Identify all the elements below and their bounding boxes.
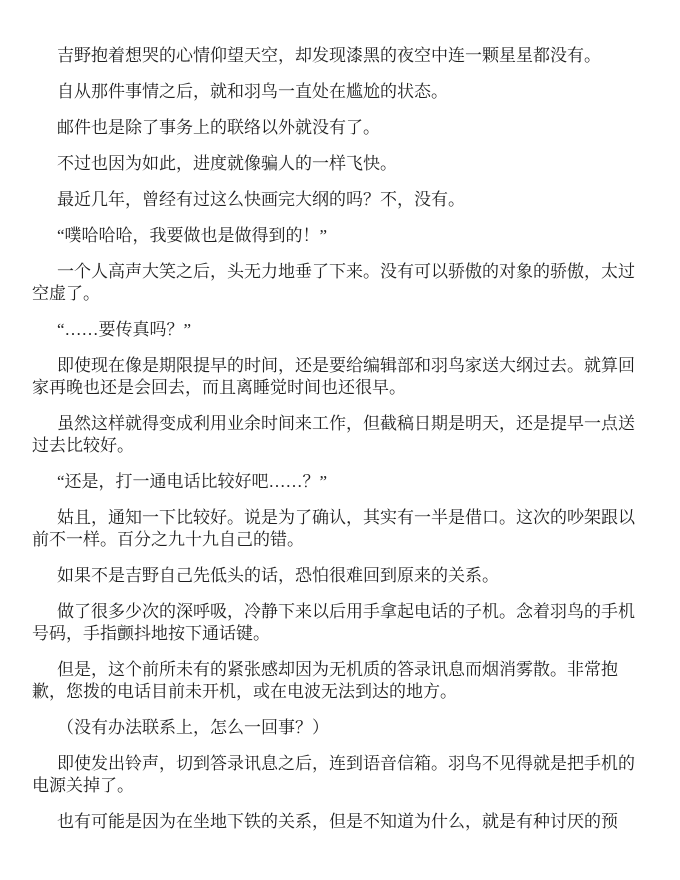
text-line: （没有办法联系上，怎么一回事？） (32, 717, 654, 739)
text-line: 家再晚也还是会回去，而且离睡觉时间也还很早。 (32, 377, 654, 399)
document-page: 吉野抱着想哭的心情仰望天空，却发现漆黑的夜空中连一颗星星都没有。自从那件事情之后… (0, 0, 680, 880)
novel-text: 吉野抱着想哭的心情仰望天空，却发现漆黑的夜空中连一颗星星都没有。自从那件事情之后… (0, 0, 680, 833)
paragraph: 姑且，通知一下比较好。说是为了确认，其实有一半是借口。这次的吵架跟以前不一样。百… (32, 507, 654, 551)
paragraph: 最近几年，曾经有过这么快画完大纲的吗？不，没有。 (32, 189, 654, 211)
text-line: 空虚了。 (32, 283, 654, 305)
paragraph: 虽然这样就得变成利用业余时间来工作，但截稿日期是明天，还是提早一点送过去比较好。 (32, 413, 654, 457)
text-line: “……要传真吗？” (32, 319, 654, 341)
text-line: 电源关掉了。 (32, 775, 654, 797)
text-line: 一个人高声大笑之后，头无力地垂了下来。没有可以骄傲的对象的骄傲，太过 (32, 261, 654, 283)
text-line: “噗哈哈哈，我要做也是做得到的！” (32, 225, 654, 247)
paragraph: 但是，这个前所未有的紧张感却因为无机质的答录讯息而烟消雾散。非常抱歉，您拨的电话… (32, 659, 654, 703)
text-line: 前不一样。百分之九十九自己的错。 (32, 529, 654, 551)
paragraph: 也有可能是因为在坐地下铁的关系，但是不知道为什么，就是有种讨厌的预 (32, 811, 654, 833)
paragraph: 即使发出铃声，切到答录讯息之后，连到语音信箱。羽鸟不见得就是把手机的电源关掉了。 (32, 753, 654, 797)
text-line: 号码，手指颤抖地按下通话键。 (32, 623, 654, 645)
paragraph: 不过也因为如此，进度就像骗人的一样飞快。 (32, 153, 654, 175)
text-line: 虽然这样就得变成利用业余时间来工作，但截稿日期是明天，还是提早一点送 (32, 413, 654, 435)
paragraph: 一个人高声大笑之后，头无力地垂了下来。没有可以骄傲的对象的骄傲，太过空虚了。 (32, 261, 654, 305)
text-line: 歉，您拨的电话目前未开机，或在电波无法到达的地方。 (32, 681, 654, 703)
paragraph: “……要传真吗？” (32, 319, 654, 341)
text-line: 即使现在像是期限提早的时间，还是要给编辑部和羽鸟家送大纲过去。就算回 (32, 355, 654, 377)
paragraph: 如果不是吉野自己先低头的话，恐怕很难回到原来的关系。 (32, 565, 654, 587)
text-line: 姑且，通知一下比较好。说是为了确认，其实有一半是借口。这次的吵架跟以 (32, 507, 654, 529)
paragraph: （没有办法联系上，怎么一回事？） (32, 717, 654, 739)
text-line: 过去比较好。 (32, 435, 654, 457)
text-line: 如果不是吉野自己先低头的话，恐怕很难回到原来的关系。 (32, 565, 654, 587)
paragraph: 即使现在像是期限提早的时间，还是要给编辑部和羽鸟家送大纲过去。就算回家再晚也还是… (32, 355, 654, 399)
text-line: “还是，打一通电话比较好吧……？” (32, 471, 654, 493)
paragraph: 做了很多少次的深呼吸，冷静下来以后用手拿起电话的子机。念着羽鸟的手机号码，手指颤… (32, 601, 654, 645)
text-line: 但是，这个前所未有的紧张感却因为无机质的答录讯息而烟消雾散。非常抱 (32, 659, 654, 681)
text-line: 也有可能是因为在坐地下铁的关系，但是不知道为什么，就是有种讨厌的预 (32, 811, 654, 833)
paragraph: “还是，打一通电话比较好吧……？” (32, 471, 654, 493)
text-line: 最近几年，曾经有过这么快画完大纲的吗？不，没有。 (32, 189, 654, 211)
paragraph: 吉野抱着想哭的心情仰望天空，却发现漆黑的夜空中连一颗星星都没有。 (32, 45, 654, 67)
text-line: 邮件也是除了事务上的联络以外就没有了。 (32, 117, 654, 139)
text-line: 做了很多少次的深呼吸，冷静下来以后用手拿起电话的子机。念着羽鸟的手机 (32, 601, 654, 623)
text-line: 不过也因为如此，进度就像骗人的一样飞快。 (32, 153, 654, 175)
paragraph: “噗哈哈哈，我要做也是做得到的！” (32, 225, 654, 247)
paragraph: 自从那件事情之后，就和羽鸟一直处在尴尬的状态。 (32, 81, 654, 103)
paragraph: 邮件也是除了事务上的联络以外就没有了。 (32, 117, 654, 139)
text-line: 自从那件事情之后，就和羽鸟一直处在尴尬的状态。 (32, 81, 654, 103)
text-line: 即使发出铃声，切到答录讯息之后，连到语音信箱。羽鸟不见得就是把手机的 (32, 753, 654, 775)
text-line: 吉野抱着想哭的心情仰望天空，却发现漆黑的夜空中连一颗星星都没有。 (32, 45, 654, 67)
